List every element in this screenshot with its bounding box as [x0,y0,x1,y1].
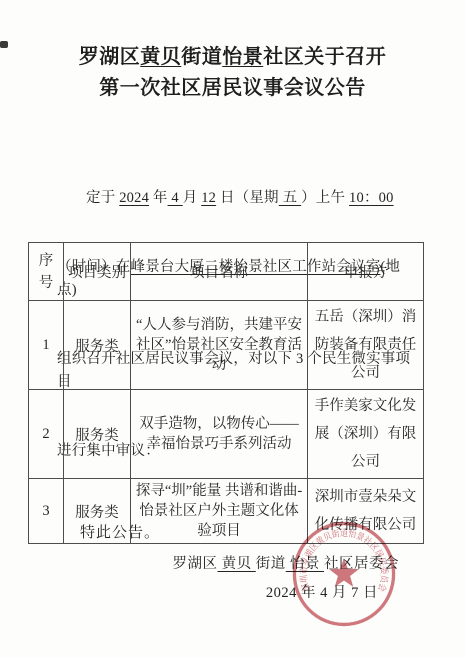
cell-project-name: “人人参与消防，共建平安社区”怡景社区安全教育活动 [131,301,308,390]
col-header-applicant: 申报方 [308,243,424,301]
table-row: 1 服务类 “人人参与消防，共建平安社区”怡景社区安全教育活动 五岳（深圳）消防… [29,301,424,390]
cell-seq: 3 [29,479,64,544]
cell-applicant: 手作美家文化发展（深圳）有限公司 [308,390,424,479]
title-line-1: 罗湖区黄贝街道怡景社区关于召开 [0,42,465,73]
cell-category: 服务类 [64,301,131,390]
body-line-1: 定于 2024 年 4 月 12 日（星期 五 ）上午 10：00 [57,187,413,210]
announcement-document: 罗湖区黄贝街道怡景社区关于召开 第一次社区居民议事会议公告 定于 2024 年 … [0,0,465,657]
cell-seq: 2 [29,390,64,479]
issue-date: 2024 年 4 月 7 日 [266,581,378,602]
closing-remark: 特此公告。 [80,521,160,542]
col-header-seq: 序号 [29,243,64,301]
col-header-project-name: 项目名称 [131,243,308,301]
cell-applicant: 五岳（深圳）消防装备有限责任公司 [308,301,424,390]
title-line-2: 第一次社区居民议事会议公告 [0,73,465,104]
col-header-category: 项目类别 [64,243,131,301]
cell-category: 服务类 [64,390,131,479]
cell-seq: 1 [29,301,64,390]
cell-applicant: 深圳市壹朵朵文化传播有限公司 [308,479,424,544]
projects-table: 序号 项目类别 项目名称 申报方 1 服务类 “人人参与消防，共建平安社区”怡景… [28,242,424,544]
cell-project-name: 双手造物，以物传心——幸福怡景巧手系列活动 [131,390,308,479]
issuer-signature: 罗湖区 黄贝 街道 怡景 社区居委会 [173,552,400,573]
document-title: 罗湖区黄贝街道怡景社区关于召开 第一次社区居民议事会议公告 [0,42,465,104]
table-row: 2 服务类 双手造物，以物传心——幸福怡景巧手系列活动 手作美家文化发展（深圳）… [29,390,424,479]
table-header-row: 序号 项目类别 项目名称 申报方 [29,243,424,301]
